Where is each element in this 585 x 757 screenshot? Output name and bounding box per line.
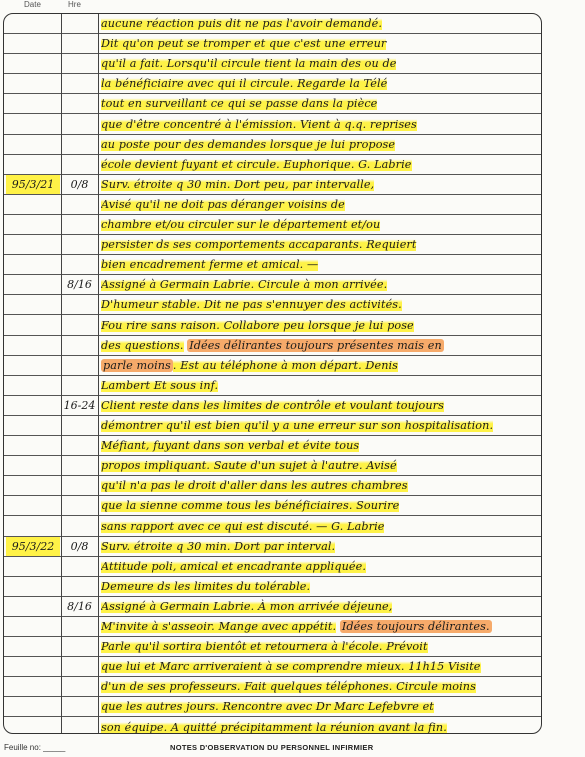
yellow-highlight: tout en surveillant ce qui se passe dans… (101, 97, 377, 110)
yellow-highlight: Client reste dans les limites de contrôl… (101, 399, 444, 412)
form-title: NOTES D'OBSERVATION DU PERSONNEL INFIRMI… (170, 743, 373, 752)
row-note-text: que lui et Marc arriveraient à se compre… (101, 657, 537, 676)
row-hour (62, 517, 97, 536)
row-note-text: Surv. étroite q 30 min. Dort peu, par in… (101, 175, 537, 194)
row-date (6, 617, 60, 636)
row-date (6, 476, 60, 495)
table-row: 8/16Assigné à Germain Labrie. Circule à … (4, 275, 541, 295)
yellow-highlight: Dit qu'on peut se tromper et que c'est u… (101, 37, 386, 50)
yellow-highlight: Méfiant, fuyant dans son verbal et évite… (101, 439, 359, 452)
yellow-highlight: Fou rire sans raison. Collabore peu lors… (101, 319, 414, 332)
row-date (6, 14, 60, 33)
table-row: 95/3/220/8Surv. étroite q 30 min. Dort p… (4, 537, 541, 557)
row-date (6, 456, 60, 475)
orange-highlight: parle moins (101, 359, 173, 372)
row-date (6, 557, 60, 576)
row-note-text: chambre et/ou circuler sur le départemen… (101, 215, 537, 234)
row-note-text: Fou rire sans raison. Collabore peu lors… (101, 316, 537, 335)
row-note-text: Avisé qu'il ne doit pas déranger voisins… (101, 195, 537, 214)
row-note-text: tout en surveillant ce qui se passe dans… (101, 94, 537, 113)
table-row: 95/3/210/8Surv. étroite q 30 min. Dort p… (4, 175, 541, 195)
table-row: propos impliquant. Saute d'un sujet à l'… (4, 456, 541, 476)
table-row: son équipe. A quitté précipitamment la r… (4, 718, 541, 735)
yellow-highlight: que lui et Marc arriveraient à se compre… (101, 660, 481, 673)
row-date (6, 677, 60, 696)
row-hour (62, 657, 97, 676)
column-header-date: Date (24, 0, 41, 9)
row-date (6, 195, 60, 214)
row-note-text: école devient fuyant et circule. Euphori… (101, 155, 537, 174)
yellow-highlight: école devient fuyant et circule. Euphori… (101, 158, 412, 171)
yellow-highlight: au poste pour des demandes lorsque je lu… (101, 138, 395, 151)
row-hour: 8/16 (62, 597, 97, 616)
row-hour (62, 255, 97, 274)
table-row: M'invite à s'asseoir. Mange avec appétit… (4, 617, 541, 637)
table-row: démontrer qu'il est bien qu'il y a une e… (4, 416, 541, 436)
row-hour (62, 74, 97, 93)
row-date (6, 34, 60, 53)
yellow-highlight: que d'être concentré à l'émission. Vient… (101, 118, 417, 131)
row-date (6, 718, 60, 735)
row-note-text: propos impliquant. Saute d'un sujet à l'… (101, 456, 537, 475)
row-note-text: Demeure ds les limites du tolérable. (101, 577, 537, 596)
row-hour (62, 697, 97, 716)
row-date (6, 275, 60, 294)
row-date (6, 115, 60, 134)
row-hour (62, 34, 97, 53)
row-date: 95/3/21 (6, 175, 60, 194)
row-hour (62, 135, 97, 154)
row-note-text: parle moins. Est au téléphone à mon dépa… (101, 356, 537, 375)
row-date (6, 637, 60, 656)
column-header-hour: Hre (68, 0, 81, 9)
row-hour (62, 557, 97, 576)
row-hour (62, 14, 97, 33)
row-note-text: qu'il n'a pas le droit d'aller dans les … (101, 476, 537, 495)
table-row: Lambert Et sous inf. (4, 376, 541, 396)
yellow-highlight: . Est au téléphone à mon départ. Denis (173, 359, 398, 372)
yellow-highlight: la bénéficiaire avec qui il circule. Reg… (101, 77, 387, 90)
yellow-highlight: Avisé qu'il ne doit pas déranger voisins… (101, 198, 345, 211)
table-row: sans rapport avec ce qui est discuté. — … (4, 517, 541, 537)
table-row: D'humeur stable. Dit ne pas s'ennuyer de… (4, 295, 541, 315)
row-date (6, 155, 60, 174)
row-date: 95/3/22 (6, 537, 60, 556)
row-hour (62, 115, 97, 134)
row-hour (62, 617, 97, 636)
row-note-text: Parle qu'il sortira bientôt et retourner… (101, 637, 537, 656)
row-hour: 16-24 (62, 396, 97, 415)
orange-highlight: Idées délirantes toujours présentes mais… (187, 339, 444, 352)
yellow-highlight: propos impliquant. Saute d'un sujet à l'… (101, 459, 397, 472)
table-row: qu'il a fait. Lorsqu'il circule tient la… (4, 54, 541, 74)
row-date (6, 316, 60, 335)
row-note-text: M'invite à s'asseoir. Mange avec appétit… (101, 617, 537, 636)
row-note-text: au poste pour des demandes lorsque je lu… (101, 135, 537, 154)
yellow-highlight: Assigné à Germain Labrie. À mon arrivée … (101, 600, 392, 613)
table-row: parle moins. Est au téléphone à mon dépa… (4, 356, 541, 376)
yellow-highlight: Attitude poli, amical et encadrante appl… (101, 560, 366, 573)
table-row: au poste pour des demandes lorsque je lu… (4, 135, 541, 155)
row-hour (62, 295, 97, 314)
row-note-text: que d'être concentré à l'émission. Vient… (101, 115, 537, 134)
yellow-highlight: Demeure ds les limites du tolérable. (101, 580, 310, 593)
row-note-text: Client reste dans les limites de contrôl… (101, 396, 537, 415)
row-date (6, 597, 60, 616)
yellow-highlight: Surv. étroite q 30 min. Dort par interva… (101, 540, 335, 553)
row-date (6, 215, 60, 234)
row-hour (62, 577, 97, 596)
row-date (6, 295, 60, 314)
row-hour (62, 496, 97, 515)
row-hour (62, 235, 97, 254)
row-date (6, 416, 60, 435)
row-hour (62, 215, 97, 234)
row-date (6, 135, 60, 154)
yellow-highlight: son équipe. A quitté précipitamment la r… (101, 721, 447, 734)
table-row: des questions. Idées délirantes toujours… (4, 336, 541, 356)
table-row: tout en surveillant ce qui se passe dans… (4, 94, 541, 114)
hour-column-divider (98, 14, 99, 733)
row-note-text: persister ds ses comportements accaparan… (101, 235, 537, 254)
row-note-text: Lambert Et sous inf. (101, 376, 537, 395)
table-row: Demeure ds les limites du tolérable. (4, 577, 541, 597)
row-date (6, 94, 60, 113)
row-note-text: qu'il a fait. Lorsqu'il circule tient la… (101, 54, 537, 73)
yellow-highlight: Lambert Et sous inf. (101, 379, 218, 392)
row-hour (62, 416, 97, 435)
row-hour (62, 376, 97, 395)
row-hour (62, 54, 97, 73)
row-hour (62, 155, 97, 174)
table-row: que la sienne comme tous les bénéficiair… (4, 496, 541, 516)
row-hour: 0/8 (62, 537, 97, 556)
yellow-highlight: aucune réaction puis dit ne pas l'avoir … (101, 17, 382, 30)
row-date (6, 356, 60, 375)
table-row: 16-24Client reste dans les limites de co… (4, 396, 541, 416)
row-date (6, 74, 60, 93)
yellow-highlight: D'humeur stable. Dit ne pas s'ennuyer de… (101, 298, 402, 311)
row-hour (62, 356, 97, 375)
yellow-highlight: bien encadrement ferme et amical. — (101, 258, 318, 271)
row-note-text: des questions. Idées délirantes toujours… (101, 336, 537, 355)
table-row: que lui et Marc arriveraient à se compre… (4, 657, 541, 677)
row-hour (62, 476, 97, 495)
row-hour (62, 336, 97, 355)
row-date (6, 657, 60, 676)
row-date (6, 496, 60, 515)
table-row: Avisé qu'il ne doit pas déranger voisins… (4, 195, 541, 215)
row-hour (62, 195, 97, 214)
table-row: que d'être concentré à l'émission. Vient… (4, 115, 541, 135)
row-date (6, 255, 60, 274)
yellow-highlight: d'un de ses professeurs. Fait quelques t… (101, 680, 476, 693)
table-row: aucune réaction puis dit ne pas l'avoir … (4, 14, 541, 34)
row-hour (62, 637, 97, 656)
row-note-text: la bénéficiaire avec qui il circule. Reg… (101, 74, 537, 93)
yellow-highlight: que la sienne comme tous les bénéficiair… (101, 499, 399, 512)
table-row: école devient fuyant et circule. Euphori… (4, 155, 541, 175)
row-note-text: bien encadrement ferme et amical. — (101, 255, 537, 274)
row-note-text: aucune réaction puis dit ne pas l'avoir … (101, 14, 537, 33)
row-hour (62, 94, 97, 113)
table-row: persister ds ses comportements accaparan… (4, 235, 541, 255)
row-date (6, 336, 60, 355)
yellow-highlight: Surv. étroite q 30 min. Dort peu, par in… (101, 178, 374, 191)
yellow-highlight: que les autres jours. Rencontre avec Dr … (101, 700, 434, 713)
row-note-text: D'humeur stable. Dit ne pas s'ennuyer de… (101, 295, 537, 314)
row-note-text: Dit qu'on peut se tromper et que c'est u… (101, 34, 537, 53)
row-date (6, 396, 60, 415)
row-hour (62, 718, 97, 735)
row-note-text: démontrer qu'il est bien qu'il y a une e… (101, 416, 537, 435)
row-note-text: Assigné à Germain Labrie. À mon arrivée … (101, 597, 537, 616)
row-note-text: Attitude poli, amical et encadrante appl… (101, 557, 537, 576)
row-date (6, 577, 60, 596)
table-row: d'un de ses professeurs. Fait quelques t… (4, 677, 541, 697)
yellow-highlight: Assigné à Germain Labrie. Circule à mon … (101, 278, 387, 291)
row-note-text: Assigné à Germain Labrie. Circule à mon … (101, 275, 537, 294)
table-row: que les autres jours. Rencontre avec Dr … (4, 697, 541, 717)
yellow-highlight: qu'il a fait. Lorsqu'il circule tient la… (101, 57, 396, 70)
row-note-text: que les autres jours. Rencontre avec Dr … (101, 697, 537, 716)
row-note-text: sans rapport avec ce qui est discuté. — … (101, 517, 537, 536)
table-row: qu'il n'a pas le droit d'aller dans les … (4, 476, 541, 496)
row-hour: 8/16 (62, 275, 97, 294)
row-date (6, 235, 60, 254)
yellow-highlight: des questions. (101, 339, 184, 352)
row-note-text: Méfiant, fuyant dans son verbal et évite… (101, 436, 537, 455)
row-note-text: Surv. étroite q 30 min. Dort par interva… (101, 537, 537, 556)
yellow-highlight: persister ds ses comportements accaparan… (101, 238, 416, 251)
observation-sheet: aucune réaction puis dit ne pas l'avoir … (3, 13, 542, 734)
yellow-highlight: qu'il n'a pas le droit d'aller dans les … (101, 479, 408, 492)
yellow-highlight: démontrer qu'il est bien qu'il y a une e… (101, 419, 493, 432)
sheet-number-label: Feuille no: _____ (4, 743, 65, 752)
yellow-highlight: M'invite à s'asseoir. Mange avec appétit… (101, 620, 336, 633)
row-hour (62, 456, 97, 475)
table-row: Méfiant, fuyant dans son verbal et évite… (4, 436, 541, 456)
table-row: Fou rire sans raison. Collabore peu lors… (4, 316, 541, 336)
table-row: Parle qu'il sortira bientôt et retourner… (4, 637, 541, 657)
row-date (6, 376, 60, 395)
row-date (6, 517, 60, 536)
row-note-text: d'un de ses professeurs. Fait quelques t… (101, 677, 537, 696)
table-row: bien encadrement ferme et amical. — (4, 255, 541, 275)
yellow-highlight: Parle qu'il sortira bientôt et retourner… (101, 640, 428, 653)
row-date (6, 54, 60, 73)
row-hour (62, 436, 97, 455)
yellow-highlight: chambre et/ou circuler sur le départemen… (101, 218, 380, 231)
row-date (6, 697, 60, 716)
date-column-divider (61, 14, 62, 733)
row-note-text: son équipe. A quitté précipitamment la r… (101, 718, 537, 735)
table-row: chambre et/ou circuler sur le départemen… (4, 215, 541, 235)
row-hour: 0/8 (62, 175, 97, 194)
table-row: Attitude poli, amical et encadrante appl… (4, 557, 541, 577)
row-hour (62, 316, 97, 335)
row-date (6, 436, 60, 455)
orange-highlight: Idées toujours délirantes. (340, 620, 492, 633)
table-row: 8/16Assigné à Germain Labrie. À mon arri… (4, 597, 541, 617)
table-row: Dit qu'on peut se tromper et que c'est u… (4, 34, 541, 54)
table-row: la bénéficiaire avec qui il circule. Reg… (4, 74, 541, 94)
row-note-text: que la sienne comme tous les bénéficiair… (101, 496, 537, 515)
yellow-highlight: sans rapport avec ce qui est discuté. — … (101, 520, 384, 533)
row-hour (62, 677, 97, 696)
